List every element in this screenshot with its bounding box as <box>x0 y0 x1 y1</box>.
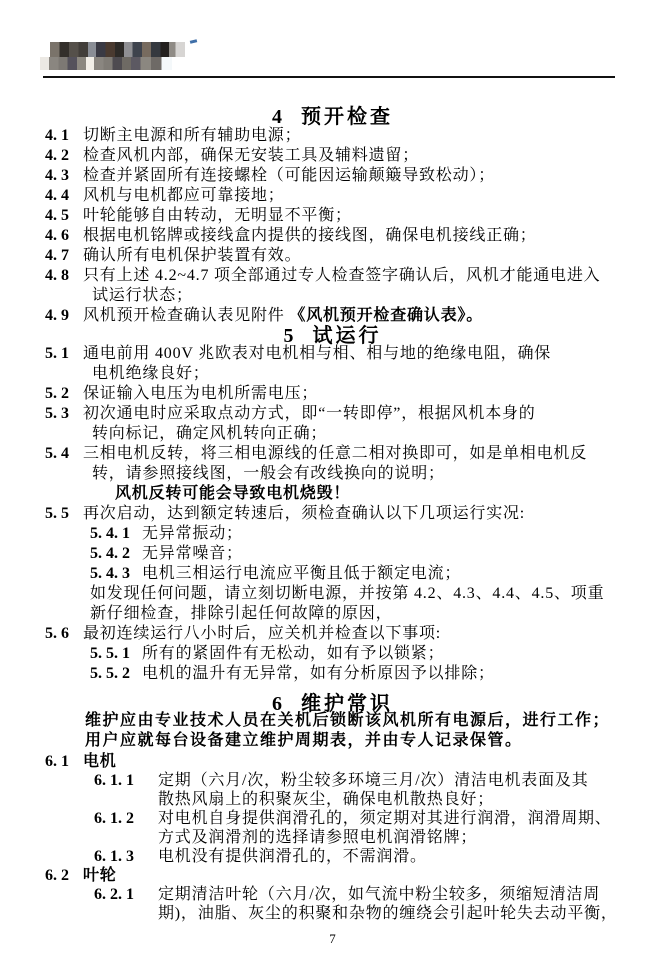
list-subitem-5-4-2: 5. 4. 2 无异常噪音； <box>90 544 645 564</box>
list-subitem-5-4-3: 5. 4. 3 电机三相运行电流应平衡且低于额定电流； <box>90 564 645 584</box>
item-number: 5. 2 <box>45 384 83 404</box>
list-item-4-4: 4. 4 风机与电机都应可靠接地； <box>45 186 645 206</box>
text-line: 通电前用 400V 兆欧表对电机相与相、相与地的绝缘电阻，确保 <box>83 344 645 364</box>
list-item-4-2: 4. 2 检查风机内部，确保无安装工具及辅料遗留； <box>45 146 645 166</box>
list-item-5-4: 5. 4 三相电机反转，将三相电源线的任意二相对换即可，如是单相电机反 转，请参… <box>45 444 645 504</box>
list-item-5-3: 5. 3 初次通电时应采取点动方式，即“一转即停”，根据风机本身的 转向标记，确… <box>45 404 645 444</box>
item-number: 6. 2. 1 <box>94 885 158 923</box>
text-line: 电机没有提供润滑孔的，不需润滑。 <box>158 847 645 866</box>
text-line: 切断主电源和所有辅助电源； <box>83 126 645 146</box>
subsection-label: 电机 <box>83 752 645 771</box>
company-logo-redacted <box>40 40 200 72</box>
item-number: 6. 1. 3 <box>94 847 158 866</box>
text-line: 定期（六月/次，粉尘较多环境三月/次）清洁电机表面及其 <box>158 771 645 790</box>
document-page: 4 预开检查 4. 1 切断主电源和所有辅助电源； 4. 2 检查风机内部，确保… <box>0 0 665 965</box>
list-subitem-6-1-1: 6. 1. 1 定期（六月/次，粉尘较多环境三月/次）清洁电机表面及其 散热风扇… <box>94 771 645 809</box>
text-line: 无异常振动； <box>142 524 645 544</box>
text-line: 试运行状态； <box>83 286 645 306</box>
item-number: 4. 3 <box>45 166 83 186</box>
text-line: 对电机自身提供润滑孔的，须定期对其进行润滑，润滑周期、 <box>158 809 645 828</box>
warning-text: 风机反转可能会导致电机烧毁！ <box>83 484 645 504</box>
list-item-5-5: 5. 5 再次启动，达到额定转速后，须检查确认以下几项运行实况: <box>45 504 645 524</box>
text-line: 方式及润滑剂的选择请参照电机润滑铭牌； <box>158 828 645 847</box>
text-line: 最初连续运行八小时后，应关机并检查以下事项: <box>83 624 645 644</box>
text-line: 新仔细检查，排除引起任何故障的原因， <box>90 604 645 624</box>
text-line: 三相电机反转，将三相电源线的任意二相对换即可，如是单相电机反 <box>83 444 645 464</box>
text-line: 用户应就每台设备建立维护周期表，并由专人记录保管。 <box>85 731 630 751</box>
list-item-4-6: 4. 6 根据电机铭牌或接线盒内提供的接线图，确保电机接线正确； <box>45 226 645 246</box>
text-line: 只有上述 4.2~4.7 项全部通过专人检查签字确认后，风机才能通电进入 <box>83 266 645 286</box>
item-number: 4. 4 <box>45 186 83 206</box>
item-number: 5. 4. 2 <box>90 544 142 564</box>
text-line: 转，请参照接线图，一般会有改线换向的说明； <box>83 464 645 484</box>
list-item-4-3: 4. 3 检查并紧固所有连接螺栓（可能因运输颠簸导致松动）； <box>45 166 645 186</box>
item-number: 5. 4. 1 <box>90 524 142 544</box>
list-subitem-5-5-1: 5. 5. 1 所有的紧固件有无松动，如有予以锁紧； <box>90 644 645 664</box>
item-number: 6. 1 <box>45 752 83 771</box>
section-4-title: 4 预开检查 <box>45 100 620 129</box>
item-number: 4. 7 <box>45 246 83 266</box>
list-subitem-5-4-1: 5. 4. 1 无异常振动； <box>90 524 645 544</box>
item-number: 5. 5. 2 <box>90 664 142 684</box>
section-5-list: 5. 1 通电前用 400V 兆欧表对电机相与相、相与地的绝缘电阻，确保 电机绝… <box>45 344 645 684</box>
list-item-5-6: 5. 6 最初连续运行八小时后，应关机并检查以下事项: <box>45 624 645 644</box>
text-line: 转向标记，确定风机转向正确； <box>83 424 645 444</box>
logo-pixel-row-icon <box>40 57 172 70</box>
text-line: 所有的紧固件有无松动，如有予以锁紧； <box>142 644 645 664</box>
list-subitem-6-1-3: 6. 1. 3 电机没有提供润滑孔的，不需润滑。 <box>94 847 645 866</box>
page-number: 7 <box>45 931 620 947</box>
item-number: 5. 3 <box>45 404 83 444</box>
text-line: 确认所有电机保护装置有效。 <box>83 246 645 266</box>
item-number: 5. 5. 1 <box>90 644 142 664</box>
text-line: 保证输入电压为电机所需电压； <box>83 384 645 404</box>
text-line: 电机的温升有无异常，如有分析原因予以排除； <box>142 664 645 684</box>
item-number: 5. 5 <box>45 504 83 524</box>
list-subitem-6-1-2: 6. 1. 2 对电机自身提供润滑孔的，须定期对其进行润滑，润滑周期、 方式及润… <box>94 809 645 847</box>
item-number: 6. 1. 2 <box>94 809 158 847</box>
list-item-4-1: 4. 1 切断主电源和所有辅助电源； <box>45 126 645 146</box>
section-4-list: 4. 1 切断主电源和所有辅助电源； 4. 2 检查风机内部，确保无安装工具及辅… <box>45 126 645 326</box>
item-number: 5. 4. 3 <box>90 564 142 584</box>
list-item-4-5: 4. 5 叶轮能够自由转动，无明显不平衡； <box>45 206 645 226</box>
list-item-4-7: 4. 7 确认所有电机保护装置有效。 <box>45 246 645 266</box>
item-number: 4. 2 <box>45 146 83 166</box>
text-line: 如发现任何问题，请立刻切断电源，并按第 4.2、4.3、4.4、4.5、项重 <box>90 584 645 604</box>
item-number: 5. 4 <box>45 444 83 504</box>
list-item-6-2: 6. 2 叶轮 <box>45 866 645 885</box>
text-line: 散热风扇上的积聚灰尘，确保电机散热良好； <box>158 790 645 809</box>
logo-pixel-row-icon <box>50 42 185 57</box>
text-line: 风机与电机都应可靠接地； <box>83 186 645 206</box>
text-line: 定期清洁叶轮（六月/次，如气流中粉尘较多，须缩短清洁周 <box>158 885 645 904</box>
list-item-6-1: 6. 1 电机 <box>45 752 645 771</box>
text-line: 维护应由专业技术人员在关机后锁断该风机所有电源后，进行工作； <box>85 711 630 731</box>
section-6-list: 6. 1 电机 6. 1. 1 定期（六月/次，粉尘较多环境三月/次）清洁电机表… <box>45 752 645 923</box>
text-line: 初次通电时应采取点动方式，即“一转即停”，根据风机本身的 <box>83 404 645 424</box>
item-number: 4. 5 <box>45 206 83 226</box>
item-number: 6. 1. 1 <box>94 771 158 809</box>
item-number: 6. 2 <box>45 866 83 885</box>
text-line: 电机三相运行电流应平衡且低于额定电流； <box>142 564 645 584</box>
header-divider <box>43 76 615 78</box>
list-item-5-2: 5. 2 保证输入电压为电机所需电压； <box>45 384 645 404</box>
text-line: 无异常噪音； <box>142 544 645 564</box>
list-subitem-6-2-1: 6. 2. 1 定期清洁叶轮（六月/次，如气流中粉尘较多，须缩短清洁周 期)，油… <box>94 885 645 923</box>
list-item-5-1: 5. 1 通电前用 400V 兆欧表对电机相与相、相与地的绝缘电阻，确保 电机绝… <box>45 344 645 384</box>
item-number: 4. 6 <box>45 226 83 246</box>
text-line: 检查并紧固所有连接螺栓（可能因运输颠簸导致松动）； <box>83 166 645 186</box>
list-item-4-8: 4. 8 只有上述 4.2~4.7 项全部通过专人检查签字确认后，风机才能通电进… <box>45 266 645 306</box>
text-line: 检查风机内部，确保无安装工具及辅料遗留； <box>83 146 645 166</box>
item-number: 4. 1 <box>45 126 83 146</box>
note-paragraph: 如发现任何问题，请立刻切断电源，并按第 4.2、4.3、4.4、4.5、项重 新… <box>90 584 645 624</box>
text-line: 叶轮能够自由转动，无明显不平衡； <box>83 206 645 226</box>
text-line: 电机绝缘良好； <box>83 364 645 384</box>
item-number: 4. 8 <box>45 266 83 306</box>
list-subitem-5-5-2: 5. 5. 2 电机的温升有无异常，如有分析原因予以排除； <box>90 664 645 684</box>
text-line: 再次启动，达到额定转速后，须检查确认以下几项运行实况: <box>83 504 645 524</box>
text-line: 期)，油脂、灰尘的积聚和杂物的缠绕会引起叶轮失去动平衡， <box>158 904 645 923</box>
item-number: 5. 6 <box>45 624 83 644</box>
text-line: 根据电机铭牌或接线盒内提供的接线图，确保电机接线正确； <box>83 226 645 246</box>
item-number: 5. 1 <box>45 344 83 384</box>
section-6-intro: 维护应由专业技术人员在关机后锁断该风机所有电源后，进行工作； 用户应就每台设备建… <box>85 711 630 751</box>
logo-blue-mark-icon <box>190 39 198 44</box>
subsection-label: 叶轮 <box>83 866 645 885</box>
